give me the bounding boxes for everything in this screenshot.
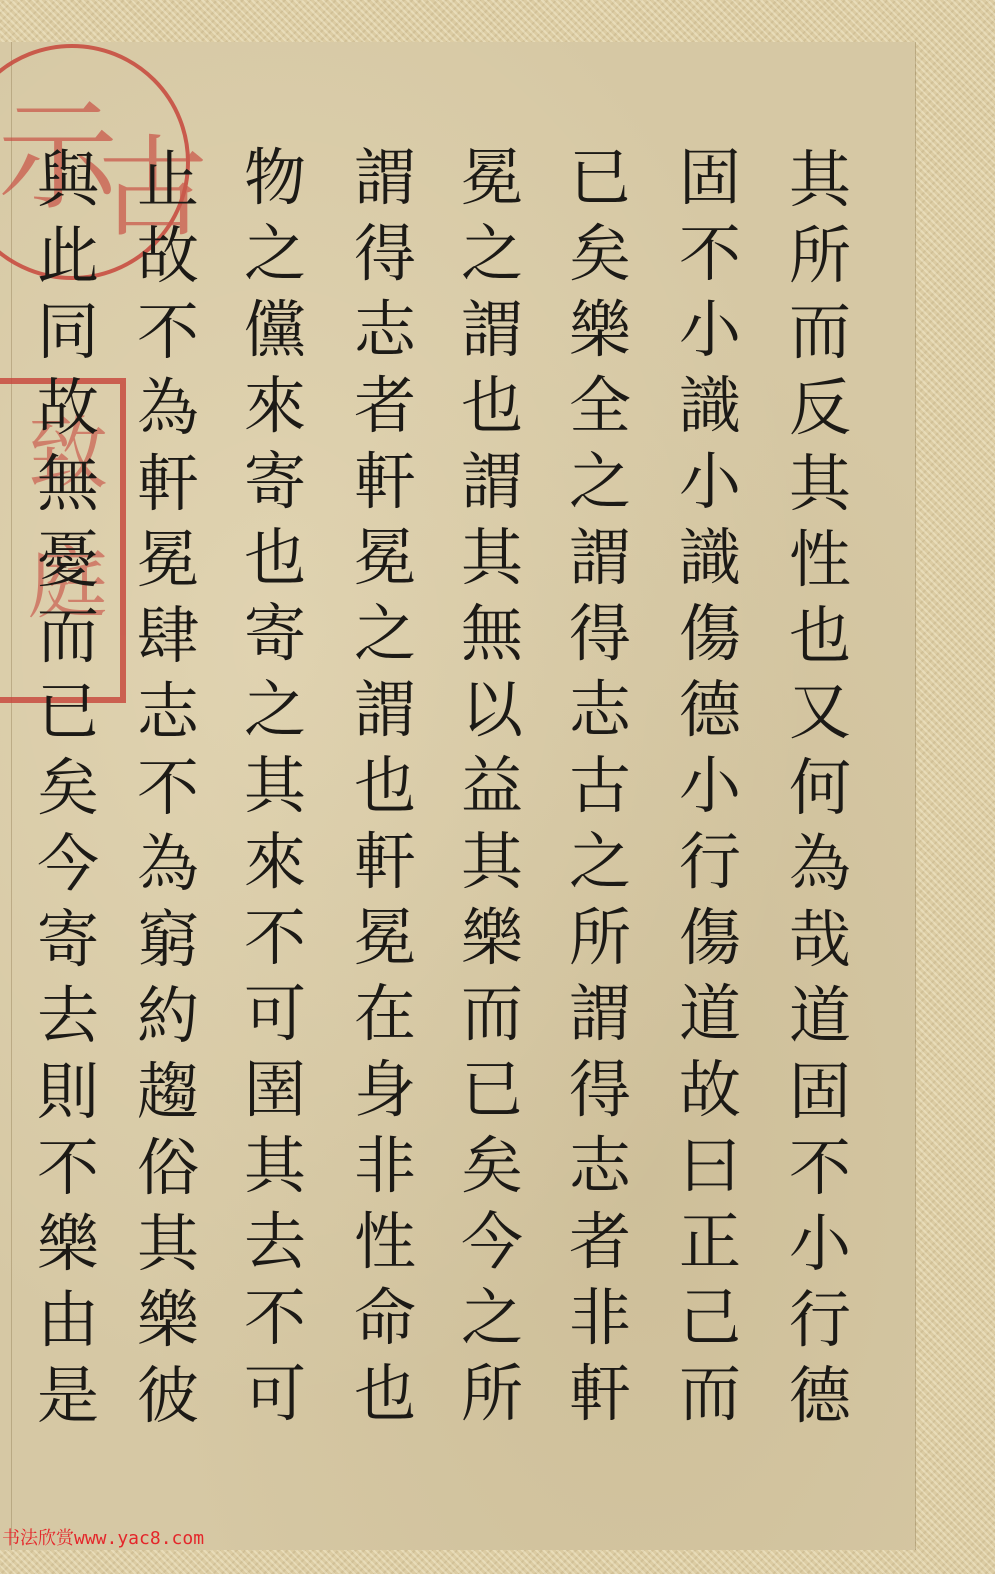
text-column-1: 其所而反其性也又何為哉道固不小行德 <box>770 142 870 1434</box>
character: 反 <box>780 370 860 446</box>
character: 則 <box>28 1054 108 1130</box>
character: 寄 <box>235 596 315 672</box>
character: 止 <box>128 142 208 218</box>
character: 己 <box>670 1280 750 1356</box>
character: 故 <box>128 218 208 294</box>
character: 也 <box>452 368 532 444</box>
text-column-2: 固不小識小識傷德小行傷道故曰正己而 <box>660 140 760 1432</box>
text-column-3: 已矣樂全之謂得志古之所謂得志者非軒 <box>550 140 650 1432</box>
character: 也 <box>780 598 860 674</box>
character: 益 <box>452 748 532 824</box>
character: 志 <box>560 1128 640 1204</box>
character: 命 <box>345 1280 425 1356</box>
character: 性 <box>780 522 860 598</box>
text-column-5: 謂得志者軒冕之謂也軒冕在身非性命也 <box>335 140 435 1432</box>
character: 由 <box>28 1282 108 1358</box>
character: 矣 <box>452 1128 532 1204</box>
character: 無 <box>28 446 108 522</box>
character: 而 <box>670 1356 750 1432</box>
character: 之 <box>560 444 640 520</box>
character: 志 <box>345 292 425 368</box>
character: 者 <box>560 1204 640 1280</box>
character: 軒 <box>560 1356 640 1432</box>
character: 其 <box>128 1206 208 1282</box>
character: 之 <box>560 824 640 900</box>
character: 行 <box>780 1282 860 1358</box>
character: 性 <box>345 1204 425 1280</box>
character: 其 <box>452 824 532 900</box>
character: 者 <box>345 368 425 444</box>
character: 謂 <box>452 444 532 520</box>
character: 所 <box>452 1356 532 1432</box>
character: 矣 <box>28 750 108 826</box>
character: 得 <box>560 1052 640 1128</box>
character: 窮 <box>128 902 208 978</box>
character: 之 <box>235 672 315 748</box>
character: 寄 <box>235 444 315 520</box>
character: 不 <box>780 1130 860 1206</box>
character: 識 <box>670 520 750 596</box>
character: 所 <box>780 218 860 294</box>
character: 冕 <box>345 900 425 976</box>
character: 約 <box>128 978 208 1054</box>
character: 來 <box>235 368 315 444</box>
character: 古 <box>560 748 640 824</box>
character: 之 <box>345 596 425 672</box>
character: 身 <box>345 1052 425 1128</box>
character: 德 <box>670 672 750 748</box>
character: 得 <box>345 216 425 292</box>
character: 不 <box>128 750 208 826</box>
character: 其 <box>235 1128 315 1204</box>
character: 為 <box>780 826 860 902</box>
paper-fold-line <box>11 42 12 1550</box>
character: 志 <box>128 674 208 750</box>
character: 去 <box>235 1204 315 1280</box>
character: 樂 <box>560 292 640 368</box>
character: 其 <box>452 520 532 596</box>
character: 謂 <box>345 672 425 748</box>
character: 道 <box>780 978 860 1054</box>
text-column-6: 物之儻來寄也寄之其來不可圉其去不可 <box>225 140 325 1432</box>
character: 固 <box>780 1054 860 1130</box>
character: 憂 <box>28 522 108 598</box>
character: 今 <box>28 826 108 902</box>
character: 而 <box>780 294 860 370</box>
character: 其 <box>235 748 315 824</box>
character: 得 <box>560 596 640 672</box>
character: 識 <box>670 368 750 444</box>
character: 全 <box>560 368 640 444</box>
character: 之 <box>452 1280 532 1356</box>
character: 不 <box>128 294 208 370</box>
character: 小 <box>670 748 750 824</box>
character: 肆 <box>128 598 208 674</box>
character: 之 <box>235 216 315 292</box>
character: 冕 <box>345 520 425 596</box>
character: 趨 <box>128 1054 208 1130</box>
character: 又 <box>780 674 860 750</box>
character: 哉 <box>780 902 860 978</box>
character: 今 <box>452 1204 532 1280</box>
character: 是 <box>28 1358 108 1434</box>
text-column-7: 止故不為軒冕肆志不為窮約趨俗其樂彼 <box>118 142 218 1434</box>
character: 而 <box>452 976 532 1052</box>
character: 行 <box>670 824 750 900</box>
character: 正 <box>670 1204 750 1280</box>
character: 故 <box>670 1052 750 1128</box>
character: 小 <box>670 292 750 368</box>
character: 謂 <box>452 292 532 368</box>
character: 在 <box>345 976 425 1052</box>
character: 而 <box>28 598 108 674</box>
character: 其 <box>780 446 860 522</box>
character: 俗 <box>128 1130 208 1206</box>
character: 彼 <box>128 1358 208 1434</box>
character: 物 <box>235 140 315 216</box>
character: 圉 <box>235 1052 315 1128</box>
character: 無 <box>452 596 532 672</box>
character: 德 <box>780 1358 860 1434</box>
character: 可 <box>235 976 315 1052</box>
character: 可 <box>235 1356 315 1432</box>
character: 之 <box>452 216 532 292</box>
character: 為 <box>128 370 208 446</box>
character: 曰 <box>670 1128 750 1204</box>
character: 所 <box>560 900 640 976</box>
character: 傷 <box>670 596 750 672</box>
character: 不 <box>235 1280 315 1356</box>
character: 已 <box>560 140 640 216</box>
character: 樂 <box>452 900 532 976</box>
character: 也 <box>235 520 315 596</box>
character: 樂 <box>128 1282 208 1358</box>
character: 寄 <box>28 902 108 978</box>
character: 謂 <box>560 976 640 1052</box>
character: 固 <box>670 140 750 216</box>
character: 矣 <box>560 216 640 292</box>
character: 冕 <box>128 522 208 598</box>
character: 小 <box>780 1206 860 1282</box>
character: 謂 <box>560 520 640 596</box>
character: 故 <box>28 370 108 446</box>
character: 冕 <box>452 140 532 216</box>
text-column-8: 與此同故無憂而已矣今寄去則不樂由是 <box>18 142 118 1434</box>
character: 不 <box>670 216 750 292</box>
character: 軒 <box>345 444 425 520</box>
character: 已 <box>28 674 108 750</box>
character: 軒 <box>128 446 208 522</box>
character: 小 <box>670 444 750 520</box>
text-column-4: 冕之謂也謂其無以益其樂而已矣今之所 <box>442 140 542 1432</box>
character: 何 <box>780 750 860 826</box>
character: 不 <box>28 1130 108 1206</box>
character: 傷 <box>670 900 750 976</box>
character: 去 <box>28 978 108 1054</box>
character: 來 <box>235 824 315 900</box>
watermark: 书法欣赏www.yac8.com <box>2 1524 204 1550</box>
character: 非 <box>560 1280 640 1356</box>
character: 志 <box>560 672 640 748</box>
character: 其 <box>780 142 860 218</box>
character: 以 <box>452 672 532 748</box>
character: 為 <box>128 826 208 902</box>
character: 儻 <box>235 292 315 368</box>
character: 也 <box>345 1356 425 1432</box>
character: 不 <box>235 900 315 976</box>
character: 已 <box>452 1052 532 1128</box>
character: 道 <box>670 976 750 1052</box>
character: 同 <box>28 294 108 370</box>
character: 與 <box>28 142 108 218</box>
character: 非 <box>345 1128 425 1204</box>
character: 軒 <box>345 824 425 900</box>
character: 樂 <box>28 1206 108 1282</box>
character: 謂 <box>345 140 425 216</box>
character: 也 <box>345 748 425 824</box>
character: 此 <box>28 218 108 294</box>
